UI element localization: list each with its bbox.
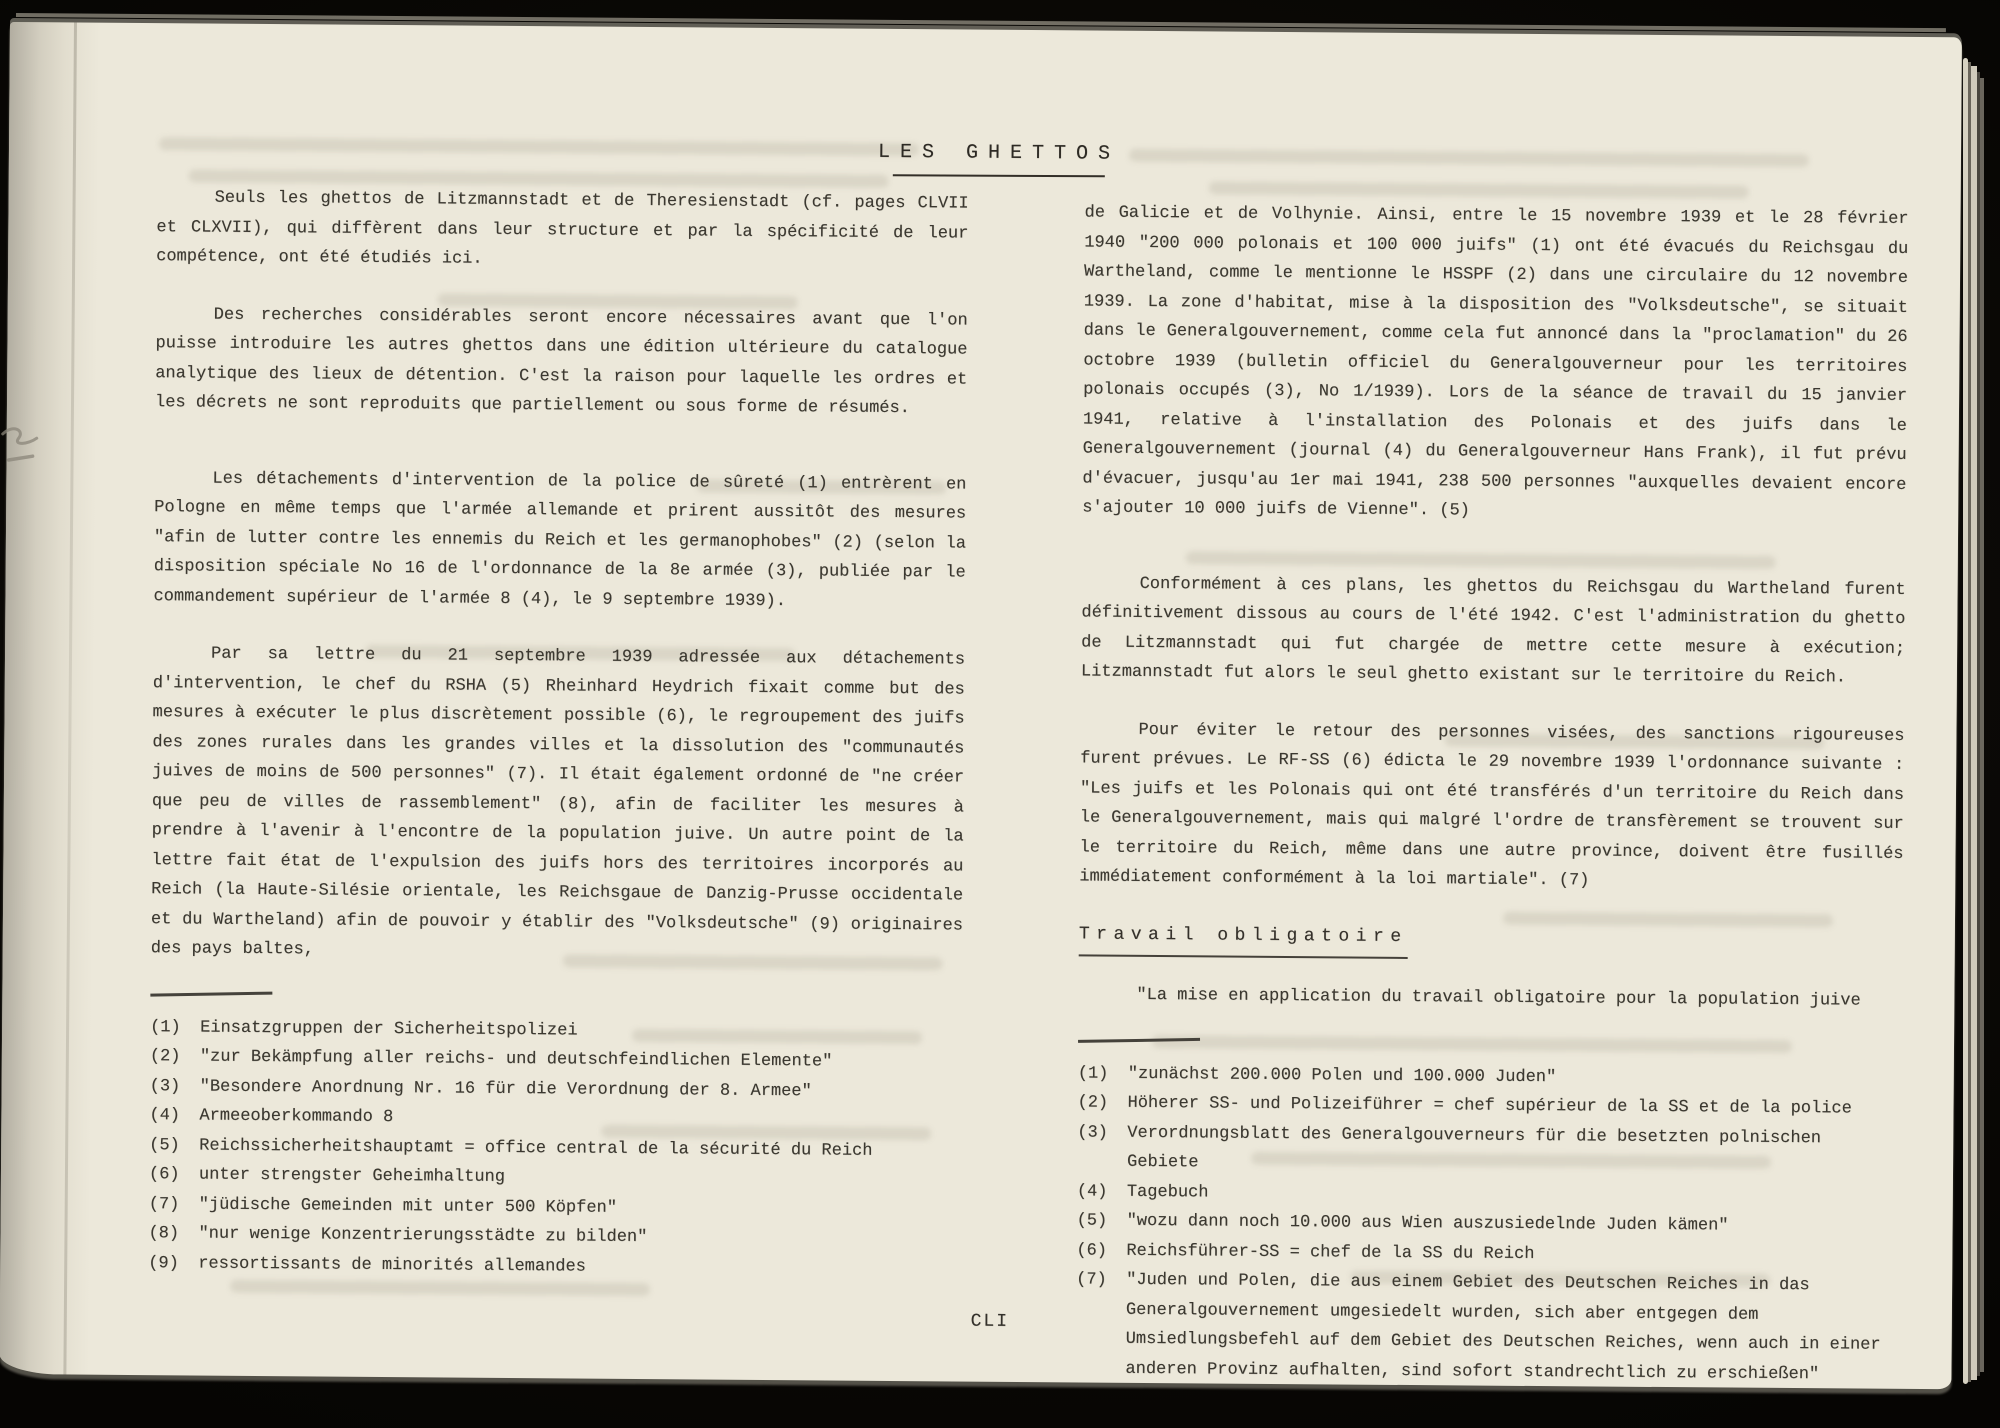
footnote-separator <box>1078 1037 1200 1042</box>
footnote-marker: (8) <box>148 1219 198 1249</box>
bleedthrough-smudge <box>1209 181 1749 198</box>
right-column: de Galicie et de Volhynie. Ainsi, entre … <box>1075 198 1908 1389</box>
section-heading: Travail obligatoire <box>1079 920 1903 963</box>
footnote-marker: (7) <box>149 1190 199 1220</box>
page-stack-edge <box>1971 66 1977 1380</box>
footnote-marker: (6) <box>1076 1236 1126 1266</box>
paragraph: Des recherches considérables seront enco… <box>155 300 968 424</box>
footnote-marker: (3) <box>1077 1118 1127 1177</box>
footnote-marker: (6) <box>149 1160 199 1190</box>
paragraph: de Galicie et de Volhynie. Ainsi, entre … <box>1082 198 1909 529</box>
binding-crease <box>63 23 77 1375</box>
page-stack-edge <box>1977 72 1980 1376</box>
gutter-shadow <box>0 22 110 1375</box>
left-column: Seuls les ghettos de Litzmannstadt et de… <box>148 183 969 1284</box>
footnote-item: (3)Verordnungsblatt des Generalgouverneu… <box>1077 1118 1901 1183</box>
paragraph: Conformément à ces plans, les ghettos du… <box>1081 569 1906 693</box>
paragraph: Pour éviter le retour des personnes visé… <box>1079 715 1904 898</box>
section-heading-text: Travail obligatoire <box>1079 920 1408 959</box>
footnote-text: ressortissants de minorités allemandes <box>198 1249 960 1284</box>
footnote-marker: (9) <box>148 1249 198 1279</box>
scanned-book-photo: { "document": { "header_title": "LES GHE… <box>0 0 2000 1428</box>
footnote-marker: (1) <box>1078 1059 1128 1089</box>
page-title: LES GHETTOS <box>23 134 1975 172</box>
footnote-marker: (4) <box>1077 1177 1127 1207</box>
page-header: LES GHETTOS <box>23 134 1975 184</box>
footnote-marker: (5) <box>149 1131 199 1161</box>
page-scan: LES GHETTOS Seuls les ghettos de Litzman… <box>0 22 1962 1389</box>
paragraph: "La mise en application du travail oblig… <box>1078 980 1902 1016</box>
footnote-marker: (2) <box>1077 1088 1127 1118</box>
page-stack-edge <box>1980 78 1984 1372</box>
page-stack-edge <box>1963 58 1968 1384</box>
footnote-separator <box>150 991 272 996</box>
pencil-mark <box>0 416 53 476</box>
paragraph: Seuls les ghettos de Litzmannstadt et de… <box>156 183 969 278</box>
footnote-item: (9)ressortissants de minorités allemande… <box>148 1249 960 1285</box>
bleedthrough-smudge <box>230 1280 650 1296</box>
footnote-list: (1)Einsatzgruppen der Sicherheitspolizei… <box>148 1013 962 1285</box>
page-stack-edge <box>1968 62 1971 1382</box>
footnote-marker: (3) <box>150 1072 200 1102</box>
footnote-marker: (2) <box>150 1042 200 1072</box>
paragraph: Par sa lettre du 21 septembre 1939 adres… <box>151 639 966 970</box>
footnote-text: Verordnungsblatt des Generalgouverneurs … <box>1127 1118 1901 1183</box>
header-rule <box>893 174 1105 177</box>
footnote-list: (1)"zunächst 200.000 Polen und 100.000 J… <box>1075 1059 1902 1390</box>
footnote-marker: (5) <box>1076 1206 1126 1236</box>
footnote-marker: (4) <box>149 1101 199 1131</box>
paragraph: Les détachements d'intervention de la po… <box>153 464 966 618</box>
footnote-marker: (1) <box>150 1013 200 1043</box>
